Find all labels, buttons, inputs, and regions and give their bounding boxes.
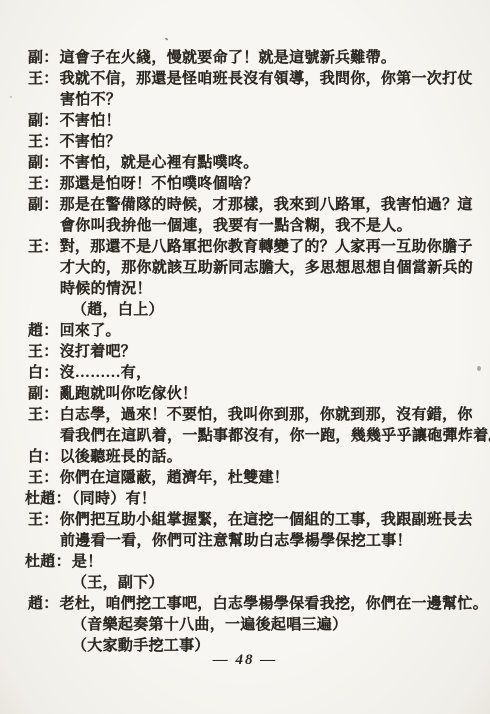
dialogue-text: 時候的情況！	[60, 281, 152, 297]
dialogue-row: 王：你們在這隱蔽，趙濟年，杜雙建！	[0, 468, 490, 489]
dialogue-row: 趙：老杜，咱們挖工事吧，白志學楊學保看我挖，你們在一邊幫忙。	[0, 594, 490, 615]
dialogue-continuation: 看我們在這趴着，一點事都沒有，你一跑，幾幾乎乎讓砲彈炸着。	[0, 426, 490, 447]
script-text-block: 副：這會子在火綫，慢就要命了！就是這號新兵難帶。 王：我就不信，那還是怪咱班長沒…	[0, 48, 490, 657]
dialogue-row: 王：那還是怕呀！不怕噗咚個啥？	[0, 174, 490, 195]
dialogue-row: 王：你們把互助小組掌握緊，在這挖一個組的工事，我跟副班長去	[0, 510, 490, 531]
stage-direction: （趙，白上）	[0, 300, 490, 321]
dialogue-text: 對，那還不是八路軍把你教育轉變了的？人家再一互助你膽子	[60, 239, 473, 255]
dialogue-text: 前邊看一看，你們可注意幫助白志學楊學保挖工事！	[60, 533, 412, 549]
dialogue-text: 亂跑就叫你吃傢伙！	[60, 386, 198, 402]
stage-direction: （王，副下）	[0, 573, 490, 594]
dialogue-row: 王：白志學，過來！不要怕，我叫你到那，你就到那，沒有錯，你	[0, 405, 490, 426]
speaker-label: 杜趙：	[25, 554, 71, 570]
dialogue-text: 你們把互助小組掌握緊，在這挖一個組的工事，我跟副班長去	[60, 512, 473, 528]
speaker-label: 白：	[28, 449, 59, 465]
dialogue-text: 以後聽班長的話。	[60, 449, 182, 465]
dialogue-row: 副：亂跑就叫你吃傢伙！	[0, 384, 490, 405]
dialogue-text: 這會子在火綫，慢就要命了！就是這號新兵難帶。	[60, 50, 397, 66]
speaker-label: 王：	[28, 470, 59, 486]
dialogue-text: 我就不信，那還是怪咱班長沒有領導，我問你，你第一次打仗	[60, 71, 473, 87]
speaker-label: 趙：	[28, 323, 59, 339]
dialogue-text: 不害怕，就是心裡有點噗咚。	[60, 155, 259, 171]
dialogue-text: 不害怕？	[60, 134, 121, 150]
speaker-label: 副：	[28, 386, 59, 402]
speaker-label: 副：	[28, 197, 59, 213]
dialogue-row: 王：沒打着吧？	[0, 342, 490, 363]
dialogue-continuation: 時候的情況！	[0, 279, 490, 300]
dialogue-row: 杜趙：（同時）有！	[0, 489, 490, 510]
dialogue-row: 王：對，那還不是八路軍把你教育轉變了的？人家再一互助你膽子	[0, 237, 490, 258]
scanned-book-page: 副：這會子在火綫，慢就要命了！就是這號新兵難帶。 王：我就不信，那還是怪咱班長沒…	[0, 0, 490, 714]
dialogue-row: 副：不害怕！	[0, 111, 490, 132]
dialogue-text: 沒………有，	[60, 365, 152, 381]
speaker-label: 王：	[28, 512, 59, 528]
page-number: — 48 —	[0, 652, 490, 669]
stage-text: （王，副下）	[72, 575, 164, 591]
dialogue-text: 沒打着吧？	[60, 344, 137, 360]
speaker-label: 王：	[28, 134, 59, 150]
speaker-label: 王：	[28, 407, 59, 423]
dialogue-continuation: 才大的，那你就該互助新同志膽大，多思想思想自個當新兵的	[0, 258, 490, 279]
dialogue-text: 害怕不？	[60, 92, 121, 108]
dialogue-text: 那是在警備隊的時候，才那樣，我來到八路軍，我害怕過？這	[60, 197, 473, 213]
dialogue-text: 老杜，咱們挖工事吧，白志學楊學保看我挖，你們在一邊幫忙。	[60, 596, 488, 612]
speaker-label: 杜趙：	[25, 491, 71, 507]
dialogue-row: 副：那是在警備隊的時候，才那樣，我來到八路軍，我害怕過？這	[0, 195, 490, 216]
dialogue-text: 白志學，過來！不要怕，我叫你到那，你就到那，沒有錯，你	[60, 407, 473, 423]
stage-text: （音樂起奏第十八曲，一遍後起唱三遍）	[72, 617, 347, 633]
dialogue-row: 王：不害怕？	[0, 132, 490, 153]
dialogue-text: 不害怕！	[60, 113, 121, 129]
dialogue-text: （同時）有！	[72, 491, 156, 507]
stage-direction: （音樂起奏第十八曲，一遍後起唱三遍）	[0, 615, 490, 636]
speaker-label: 趙：	[28, 596, 59, 612]
dialogue-text: 才大的，那你就該互助新同志膽大，多思想思想自個當新兵的	[60, 260, 473, 276]
dialogue-row: 副：不害怕，就是心裡有點噗咚。	[0, 153, 490, 174]
dialogue-row: 副：這會子在火綫，慢就要命了！就是這號新兵難帶。	[0, 48, 490, 69]
speaker-label: 副：	[28, 113, 59, 129]
dialogue-row: 白：沒………有，	[0, 363, 490, 384]
dialogue-text: 是！	[72, 554, 103, 570]
dialogue-continuation: 害怕不？	[0, 90, 490, 111]
dialogue-continuation: 會你叫我拚他一個連，我要有一點含糊，我不是人。	[0, 216, 490, 237]
speaker-label: 副：	[28, 50, 59, 66]
speaker-label: 副：	[28, 155, 59, 171]
scan-speck	[165, 37, 169, 40]
dialogue-row: 王：我就不信，那還是怪咱班長沒有領導，我問你，你第一次打仗	[0, 69, 490, 90]
dialogue-text: 回來了。	[60, 323, 121, 339]
speaker-label: 白：	[28, 365, 59, 381]
dialogue-row: 趙：回來了。	[0, 321, 490, 342]
speaker-label: 王：	[28, 239, 59, 255]
dialogue-text: 看我們在這趴着，一點事都沒有，你一跑，幾幾乎乎讓砲彈炸着。	[60, 428, 490, 444]
dialogue-row: 杜趙：是！	[0, 552, 490, 573]
dialogue-continuation: 前邊看一看，你們可注意幫助白志學楊學保挖工事！	[0, 531, 490, 552]
dialogue-text: 你們在這隱蔽，趙濟年，杜雙建！	[60, 470, 290, 486]
speaker-label: 王：	[28, 344, 59, 360]
dialogue-text: 那還是怕呀！不怕噗咚個啥？	[60, 176, 259, 192]
dialogue-row: 白：以後聽班長的話。	[0, 447, 490, 468]
speaker-label: 王：	[28, 176, 59, 192]
speaker-label: 王：	[28, 71, 59, 87]
stage-text: （趙，白上）	[72, 302, 164, 318]
dialogue-text: 會你叫我拚他一個連，我要有一點含糊，我不是人。	[60, 218, 412, 234]
